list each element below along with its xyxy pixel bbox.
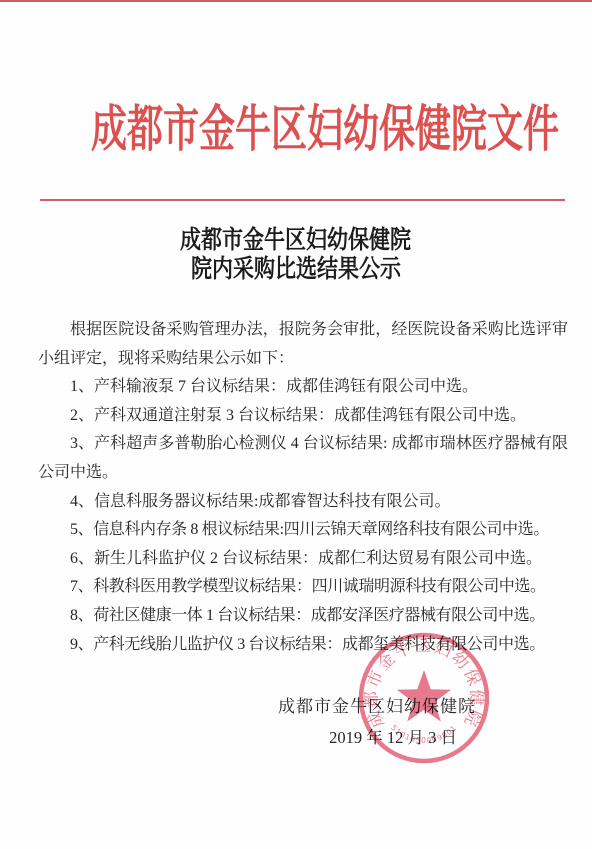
result-item-2: 2、产科双通道注射泵 3 台议标结果：成都佳鸿钰有限公司中选。 xyxy=(38,402,568,431)
result-item-8: 8、荷社区健康一体 1 台议标结果：成都安泽医疗器械有限公司中选。 xyxy=(38,602,568,631)
letterhead-banner-text: 成都市金牛区妇幼保健院文件 xyxy=(91,101,559,157)
official-seal: 成都市金牛区妇幼保健院 5101050009801 xyxy=(354,628,494,768)
result-item-3: 3、产科超声多普勒胎心检测仪 4 台议标结果: 成都市瑞林医疗器械有限公司中选。 xyxy=(38,430,568,487)
seal-code-text: 5101050009801 xyxy=(389,723,459,745)
result-item-4: 4、信息科服务器议标结果:成都睿智达科技有限公司。 xyxy=(38,488,568,517)
svg-text:5101050009801: 5101050009801 xyxy=(389,723,459,745)
document-title: 成都市金牛区妇幼保健院 院内采购比选结果公示 xyxy=(0,226,592,284)
letterhead-banner: 成都市金牛区妇幼保健院文件 xyxy=(0,101,592,157)
document-title-line1: 成都市金牛区妇幼保健院 xyxy=(0,226,592,255)
document-body: 根据医院设备采购管理办法，报院务会审批，经医院设备采购比选评审小组评定，现将采购… xyxy=(38,316,568,659)
document-page: 成都市金牛区妇幼保健院文件 成都市金牛区妇幼保健院 院内采购比选结果公示 根据医… xyxy=(0,0,592,849)
scan-top-edge xyxy=(0,0,592,2)
seal-star-icon xyxy=(397,670,451,722)
result-item-1: 1、产科输液泵 7 台议标结果：成都佳鸿钰有限公司中选。 xyxy=(38,373,568,402)
result-item-7: 7、科教科医用教学模型议标结果：四川诚瑞明源科技有限公司中选。 xyxy=(38,573,568,602)
letterhead-rule xyxy=(40,199,565,201)
result-item-5: 5、信息科内存条 8 根议标结果:四川云锦天章网络科技有限公司中选。 xyxy=(38,516,568,545)
document-title-line2: 院内采购比选结果公示 xyxy=(0,255,592,284)
result-item-6: 6、新生儿科监护仪 2 台议标结果：成都仁利达贸易有限公司中选。 xyxy=(38,545,568,574)
intro-paragraph: 根据医院设备采购管理办法，报院务会审批，经医院设备采购比选评审小组评定，现将采购… xyxy=(38,316,568,373)
